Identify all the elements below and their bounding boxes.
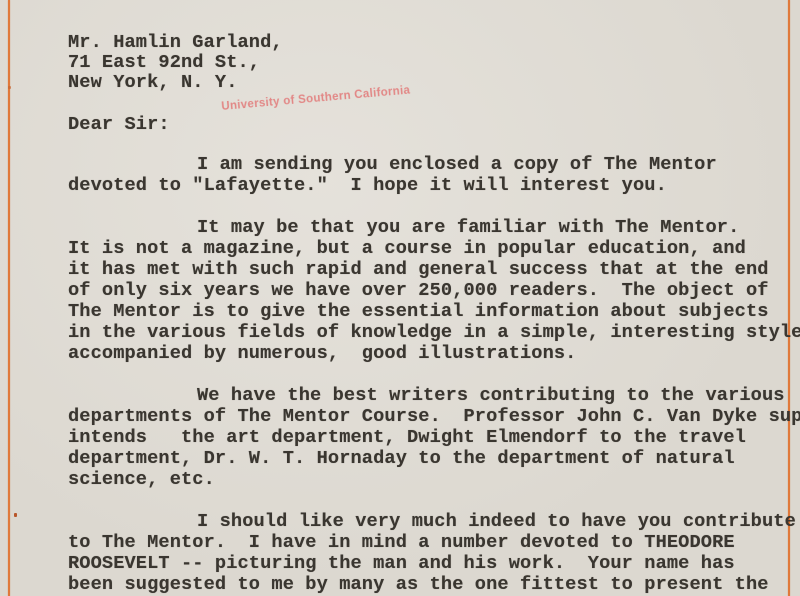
address-line-city: New York, N. Y. [68, 73, 237, 93]
right-margin-rule [788, 0, 790, 596]
paragraph-2-line-2: It is not a magazine, but a course in po… [68, 239, 746, 259]
paragraph-3-line-2: departments of The Mentor Course. Profes… [68, 407, 800, 427]
paragraph-3-line-3: intends the art department, Dwight Elmen… [68, 428, 746, 448]
paragraph-2-line-5: The Mentor is to give the essential info… [68, 302, 769, 322]
paragraph-1-line-1: I am sending you enclosed a copy of The … [197, 155, 717, 175]
paragraph-2-line-3: it has met with such rapid and general s… [68, 260, 769, 280]
paragraph-4-line-3: ROOSEVELT -- picturing the man and his w… [68, 554, 735, 574]
paragraph-3-line-1: We have the best writers contributing to… [197, 386, 785, 406]
letter-page: University of Southern California Mr. Ha… [0, 0, 800, 596]
paragraph-2-line-1: It may be that you are familiar with The… [197, 218, 739, 238]
paragraph-3-line-4: department, Dr. W. T. Hornaday to the de… [68, 449, 735, 469]
paragraph-2-line-4: of only six years we have over 250,000 r… [68, 281, 769, 301]
paragraph-4-line-1: I should like very much indeed to have y… [197, 512, 796, 532]
paragraph-4-line-2: to The Mentor. I have in mind a number d… [68, 533, 735, 553]
paragraph-2-line-7: accompanied by numerous, good illustrati… [68, 344, 576, 364]
paragraph-3-line-5: science, etc. [68, 470, 215, 490]
library-stamp: University of Southern California [221, 85, 411, 113]
address-line-name: Mr. Hamlin Garland, [68, 33, 283, 53]
paragraph-4-line-4: been suggested to me by many as the one … [68, 575, 769, 595]
left-margin-rule [8, 0, 10, 596]
address-line-street: 71 East 92nd St., [68, 53, 260, 73]
paragraph-2-line-6: in the various fields of knowledge in a … [68, 323, 800, 343]
salutation: Dear Sir: [68, 115, 170, 135]
ink-speck [8, 86, 11, 89]
paragraph-1-line-2: devoted to "Lafayette." I hope it will i… [68, 176, 667, 196]
ink-speck [14, 513, 17, 517]
